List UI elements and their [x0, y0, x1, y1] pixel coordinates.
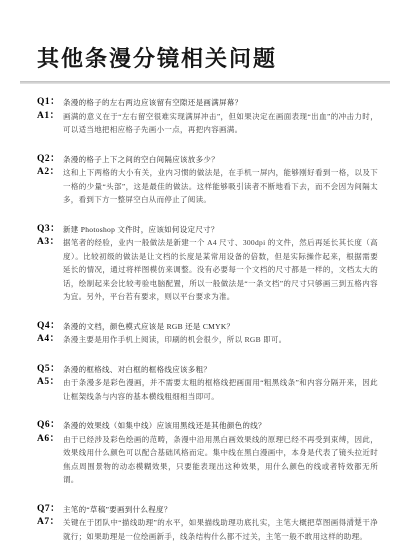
question-label: Q7：: [37, 503, 63, 517]
question-text: 条漫的格子上下之间的空白间隔应该放多少？: [63, 153, 378, 167]
question-label: Q6：: [37, 419, 63, 433]
page-number: 223: [350, 517, 362, 523]
page-title: 其他条漫分镜相关问题: [37, 46, 378, 72]
answer-text: 画满的意义在于“左右留空很难实现满屏冲击”，但如果决定在画面表现“出血”的冲击力…: [63, 110, 378, 137]
answer-label: A5：: [37, 376, 63, 390]
question-label: Q1：: [37, 96, 63, 110]
qa-list: Q1： 条漫的格子的左右两边应该留有空隙还是画满屏幕？ A1： 画满的意义在于“…: [37, 96, 378, 543]
qa-block-3: Q3： 新建 Photoshop 文件时，应该如何设定尺寸？ A3： 据笔者的经…: [37, 223, 378, 304]
answer-label: A1：: [37, 110, 63, 124]
qa-block-4: Q4： 条漫的文档，颜色模式应该是 RGB 还是 CMYK？ A4： 条漫主要是…: [37, 320, 378, 347]
qa-block-2: Q2： 条漫的格子上下之间的空白间隔应该放多少？ A2： 这和上下两格的大小有关…: [37, 153, 378, 207]
question-row: Q3： 新建 Photoshop 文件时，应该如何设定尺寸？: [37, 223, 378, 237]
answer-row: A5： 由于条漫多是彩色漫画，并不需要太粗的框格线把画面用“粗黑线条”和内容分隔…: [37, 376, 378, 403]
answer-text: 由于条漫多是彩色漫画，并不需要太粗的框格线把画面用“粗黑线条”和内容分隔开来，因…: [63, 376, 378, 403]
question-text: 新建 Photoshop 文件时，应该如何设定尺寸？: [63, 223, 378, 237]
book-page: 其他条漫分镜相关问题 Q1： 条漫的格子的左右两边应该留有空隙还是画满屏幕？ A…: [0, 0, 400, 547]
answer-label: A2：: [37, 166, 63, 180]
question-label: Q3：: [37, 223, 63, 237]
question-row: Q5： 条漫的框格线、对白框的框格线应该多粗？: [37, 363, 378, 377]
answer-row: A7： 关键在于团队中“描线助理”的水平，如果描线助理功底扎实，主笔大概把草图画…: [37, 516, 378, 543]
answer-text: 关键在于团队中“描线助理”的水平，如果描线助理功底扎实，主笔大概把草图画得清楚干…: [63, 516, 378, 543]
question-text: 条漫的效果线（如集中线）应该用黑线还是其他颜色的线？: [63, 419, 378, 433]
question-row: Q2： 条漫的格子上下之间的空白间隔应该放多少？: [37, 153, 378, 167]
answer-label: A3：: [37, 236, 63, 250]
title-divider: [20, 81, 390, 84]
qa-block-5: Q5： 条漫的框格线、对白框的框格线应该多粗？ A5： 由于条漫多是彩色漫画，并…: [37, 363, 378, 404]
answer-text: 条漫主要是用作手机上阅读，印刷的机会很少，所以 RGB 即可。: [63, 333, 378, 347]
answer-row: A4： 条漫主要是用作手机上阅读，印刷的机会很少，所以 RGB 即可。: [37, 333, 378, 347]
question-row: Q4： 条漫的文档，颜色模式应该是 RGB 还是 CMYK？: [37, 320, 378, 334]
answer-text: 这和上下两格的大小有关，业内习惯的做法是，在手机一屏内，能够刚好看到一格，以及下…: [63, 166, 378, 207]
question-text: 主笔的“草稿”要画到什么程度？: [63, 503, 378, 517]
answer-row: A6： 由于已经涉及彩色绘画的范畴，条漫中沿用黑白画效果线的原理已经不再受到束缚…: [37, 433, 378, 487]
qa-block-7: Q7： 主笔的“草稿”要画到什么程度？ A7： 关键在于团队中“描线助理”的水平…: [37, 503, 378, 544]
question-row: Q6： 条漫的效果线（如集中线）应该用黑线还是其他颜色的线？: [37, 419, 378, 433]
question-text: 条漫的文档，颜色模式应该是 RGB 还是 CMYK？: [63, 320, 378, 334]
answer-label: A6：: [37, 433, 63, 447]
answer-label: A7：: [37, 516, 63, 530]
answer-row: A2： 这和上下两格的大小有关，业内习惯的做法是，在手机一屏内，能够刚好看到一格…: [37, 166, 378, 207]
question-text: 条漫的框格线、对白框的框格线应该多粗？: [63, 363, 378, 377]
question-label: Q4：: [37, 320, 63, 334]
question-text: 条漫的格子的左右两边应该留有空隙还是画满屏幕？: [63, 96, 378, 110]
answer-label: A4：: [37, 333, 63, 347]
answer-text: 由于已经涉及彩色绘画的范畴，条漫中沿用黑白画效果线的原理已经不再受到束缚，因此，…: [63, 433, 378, 487]
question-row: Q1： 条漫的格子的左右两边应该留有空隙还是画满屏幕？: [37, 96, 378, 110]
question-label: Q2：: [37, 153, 63, 167]
question-label: Q5：: [37, 363, 63, 377]
answer-row: A1： 画满的意义在于“左右留空很难实现满屏冲击”，但如果决定在画面表现“出血”…: [37, 110, 378, 137]
answer-row: A3： 据笔者的经验，业内一般做法是新建一个 A4 尺寸、300dpi 的文件，…: [37, 236, 378, 304]
qa-block-6: Q6： 条漫的效果线（如集中线）应该用黑线还是其他颜色的线？ A6： 由于已经涉…: [37, 419, 378, 487]
qa-block-1: Q1： 条漫的格子的左右两边应该留有空隙还是画满屏幕？ A1： 画满的意义在于“…: [37, 96, 378, 137]
answer-text: 据笔者的经验，业内一般做法是新建一个 A4 尺寸、300dpi 的文件，然后再延…: [63, 236, 378, 304]
question-row: Q7： 主笔的“草稿”要画到什么程度？: [37, 503, 378, 517]
